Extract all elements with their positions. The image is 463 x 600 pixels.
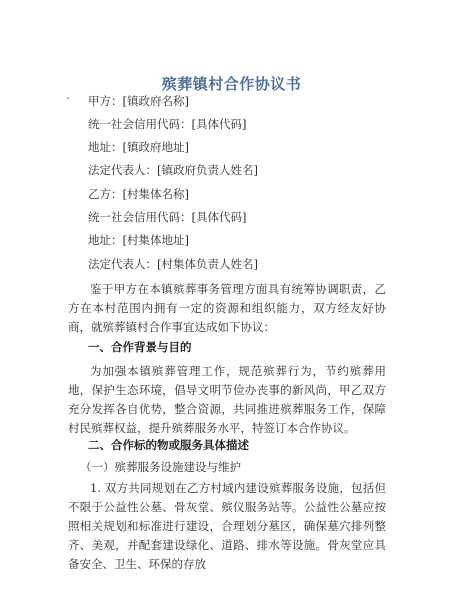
document-page: 殡葬镇村合作协议书 甲方：[镇政府名称] 统一社会信用代码：[具体代码] 地址：… [0, 0, 463, 600]
party-b-address: 地址：[村集体地址] [88, 233, 189, 247]
section1-heading: 一、合作背景与目的 [88, 339, 192, 355]
party-a-address: 地址：[镇政府地址] [88, 140, 189, 154]
section2-subheading: （一）殡葬服务设施建设与维护 [80, 459, 241, 475]
preamble-paragraph: 鉴于甲方在本镇殡葬事务管理方面具有统筹协调职责，乙方在本村范围内拥有一定的资源和… [68, 280, 386, 337]
party-b-legal-rep: 法定代表人：[村集体负责人姓名] [88, 257, 258, 271]
party-a-legal-rep: 法定代表人：[镇政府负责人姓名] [88, 163, 258, 177]
stray-dot [67, 97, 69, 99]
document-title: 殡葬镇村合作协议书 [0, 73, 463, 94]
party-b-credit-code: 统一社会信用代码：[具体代码] [88, 210, 246, 224]
party-a-credit-code: 统一社会信用代码：[具体代码] [88, 117, 246, 131]
party-a-name: 甲方：[镇政府名称] [88, 94, 189, 108]
section2-heading: 二、合作标的物或服务具体描述 [88, 437, 249, 453]
section1-body: 为加强本镇殡葬管理工作，规范殡葬行为，节约殡葬用地，保护生态环境，倡导文明节俭办… [68, 362, 386, 438]
party-b-name: 乙方：[村集体名称] [88, 187, 189, 201]
section2-item1: 1. 双方共同规划在乙方村域内建设殡葬服务设施，包括但不限于公益性公墓、骨灰堂、… [68, 479, 386, 574]
